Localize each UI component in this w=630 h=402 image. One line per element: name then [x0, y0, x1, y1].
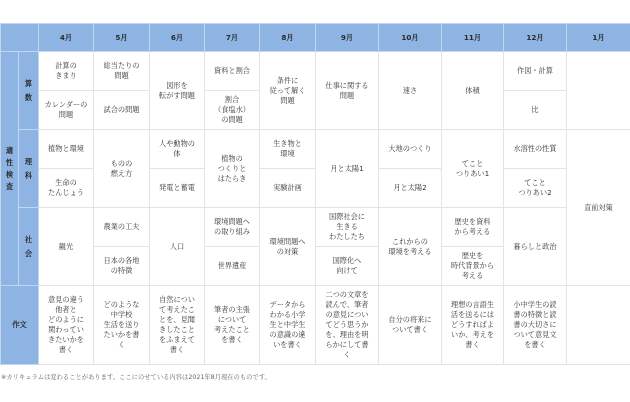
- cell-math-aug: 条件に 従って解く 問題: [260, 52, 316, 130]
- cell-math-nov: 体積: [442, 52, 504, 130]
- cell-essay-apr: 意見の違う 他者と どのように 関わってい きたいかを 書く: [39, 286, 94, 365]
- cell-math-jun: 図形を 転がす問題: [150, 52, 205, 130]
- cell-essay-sep: 二つの文章を 読んで、筆者 の意見につい てどう思うか を、理由を明 らかにして…: [316, 286, 379, 365]
- month-header-aug: 8月: [260, 24, 316, 52]
- math-row-1: 適 性 検 査 算 数 計算の きまり 総当たりの 問題 図形を 転がす問題 資…: [1, 52, 630, 91]
- cell-math-may-2: 試合の問題: [94, 91, 150, 130]
- subject-label-social: 社 会: [19, 208, 39, 286]
- month-header-may: 5月: [94, 24, 150, 52]
- cell-essay-aug: データから わかる小学 生と中学生 の意識の違 いを書く: [260, 286, 316, 365]
- cell-essay-jan: [567, 286, 630, 365]
- cell-essay-oct: 自分の将来に ついて書く: [379, 286, 442, 365]
- cell-science-sep: 月と太陽1: [316, 130, 379, 208]
- month-header-jun: 6月: [150, 24, 205, 52]
- cell-social-dec: 暮らしと政治: [504, 208, 567, 286]
- cell-social-apr: 観光: [39, 208, 94, 286]
- header-row: 4月 5月 6月 7月 8月 9月 10月 11月 12月 1月: [1, 24, 630, 52]
- cell-social-jul-2: 世界遺産: [205, 247, 260, 286]
- cell-science-aug-1: 生き物と 環境: [260, 130, 316, 169]
- header-corner: [1, 24, 39, 52]
- cell-social-jul-1: 環境問題へ の取り組み: [205, 208, 260, 247]
- cell-social-sep-2: 国際化へ 向けて: [316, 247, 379, 286]
- cell-social-may-2: 日本の各地 の特徴: [94, 247, 150, 286]
- cell-essay-jul: 筆者の主張 について 考えたこと を書く: [205, 286, 260, 365]
- cell-math-apr-2: カレンダーの 問題: [39, 91, 94, 130]
- essay-row: 作文 意見の違う 他者と どのように 関わってい きたいかを 書く どのような …: [1, 286, 630, 365]
- cell-math-dec-1: 作図・計算: [504, 52, 567, 91]
- cell-science-nov: てこと つりあい1: [442, 130, 504, 208]
- subject-label-science: 理 科: [19, 130, 39, 208]
- month-header-jan: 1月: [567, 24, 630, 52]
- cell-science-aug-2: 実験計画: [260, 169, 316, 208]
- cell-essay-may: どのような 中学校 生活を送り たいかを書 く: [94, 286, 150, 365]
- cell-essay-dec: 小中学生の読 書の特徴と読 書の大切さに ついて意見文 を書く: [504, 286, 567, 365]
- cell-math-jul-2: 割合 （食塩水） の問題: [205, 91, 260, 130]
- curriculum-table-wrapper: 4月 5月 6月 7月 8月 9月 10月 11月 12月 1月 適 性 検 査…: [0, 23, 630, 365]
- subject-label-math: 算 数: [19, 52, 39, 130]
- month-header-apr: 4月: [39, 24, 94, 52]
- cell-science-dec-2: てこと つりあい2: [504, 169, 567, 208]
- cell-math-apr-1: 計算の きまり: [39, 52, 94, 91]
- cell-science-apr-1: 植物と環境: [39, 130, 94, 169]
- cell-social-nov-1: 歴史を資料 から考える: [442, 208, 504, 247]
- month-header-sep: 9月: [316, 24, 379, 52]
- subject-label-essay: 作文: [1, 286, 39, 365]
- curriculum-table: 4月 5月 6月 7月 8月 9月 10月 11月 12月 1月 適 性 検 査…: [0, 23, 630, 365]
- cell-math-jul-1: 資料と割合: [205, 52, 260, 91]
- cell-math-jan: [567, 52, 630, 130]
- cell-jan-final-prep: 直前対策: [567, 130, 630, 286]
- cell-science-oct-1: 大地のつくり: [379, 130, 442, 169]
- cell-math-dec-2: 比: [504, 91, 567, 130]
- cell-social-jun: 人口: [150, 208, 205, 286]
- cell-social-oct: これからの 環境を考える: [379, 208, 442, 286]
- month-header-nov: 11月: [442, 24, 504, 52]
- cell-social-may-1: 農業の工夫: [94, 208, 150, 247]
- cell-science-jun-1: 人や動物の 体: [150, 130, 205, 169]
- cell-science-may: ものの 燃え方: [94, 130, 150, 208]
- science-row-1: 理 科 植物と環境 ものの 燃え方 人や動物の 体 植物の つくりと はたらき …: [1, 130, 630, 169]
- cell-science-apr-2: 生命の たんじょう: [39, 169, 94, 208]
- cell-social-aug: 環境問題へ の対策: [260, 208, 316, 286]
- month-header-dec: 12月: [504, 24, 567, 52]
- social-row-1: 社 会 観光 農業の工夫 人口 環境問題へ の取り組み 環境問題へ の対策 国際…: [1, 208, 630, 247]
- aptitude-test-category: 適 性 検 査: [1, 52, 19, 286]
- cell-essay-jun: 自然につい て考えたこ とを、見聞 きしたこと をふまえて 書く: [150, 286, 205, 365]
- cell-social-sep-1: 国際社会に 生きる わたしたち: [316, 208, 379, 247]
- cell-science-jun-2: 発電と蓄電: [150, 169, 205, 208]
- month-header-oct: 10月: [379, 24, 442, 52]
- cell-essay-nov: 理想の言語生 活を送るには どうすればよ いか、考えを 書く: [442, 286, 504, 365]
- month-header-jul: 7月: [205, 24, 260, 52]
- cell-science-oct-2: 月と太陽2: [379, 169, 442, 208]
- cell-science-dec-1: 水溶性の性質: [504, 130, 567, 169]
- cell-math-may-1: 総当たりの 問題: [94, 52, 150, 91]
- footnote: ※カリキュラムは変わることがあります。ここにのせている内容は2021年8月現在の…: [1, 372, 271, 381]
- cell-science-jul: 植物の つくりと はたらき: [205, 130, 260, 208]
- cell-math-oct: 速さ: [379, 52, 442, 130]
- cell-math-sep: 仕事に関する 問題: [316, 52, 379, 130]
- cell-social-nov-2: 歴史を 時代背景から 考える: [442, 247, 504, 286]
